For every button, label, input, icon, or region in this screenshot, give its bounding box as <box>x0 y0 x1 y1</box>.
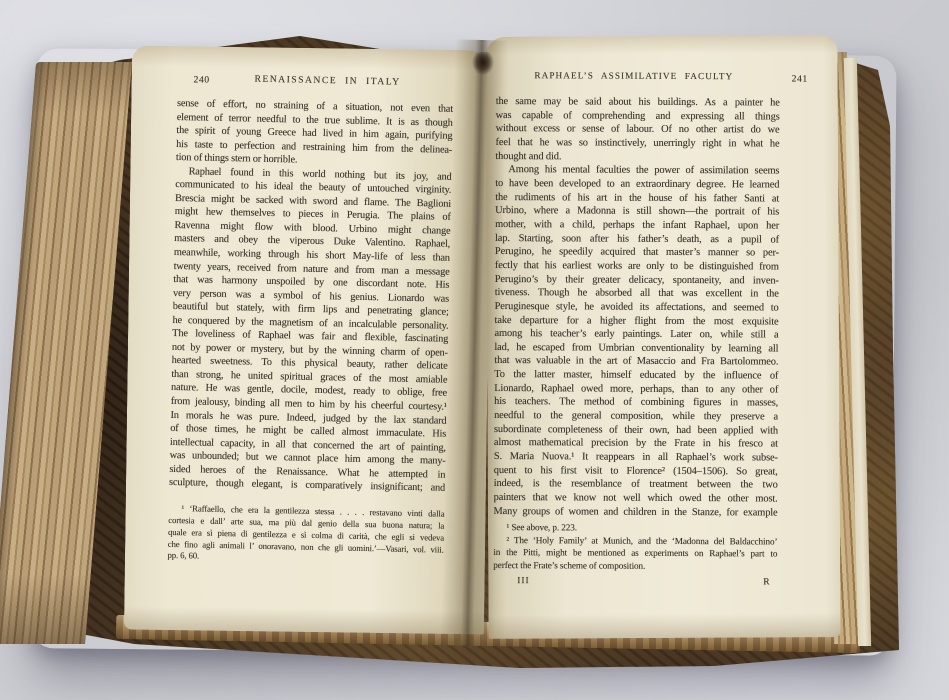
text-line: indeed, is the resemblance of treatment … <box>494 477 778 492</box>
text-line: Perugino’s by their greater delicacy, sp… <box>495 273 779 288</box>
text-line: Many groups of women and children in the… <box>494 505 778 520</box>
text-line: ¹ See above, p. 223. <box>493 521 777 535</box>
right-running-head: RAPHAEL’S ASSIMILATIVE FACULTY <box>492 70 776 81</box>
text-line: the rudiments of his art in the house of… <box>495 191 779 206</box>
text-line: Perugino, he speedily acquired that mast… <box>495 245 779 260</box>
text-line: the same may be said about his buildings… <box>496 95 780 110</box>
right-page-content: RAPHAEL’S ASSIMILATIVE FACULTY 241 the s… <box>493 48 780 591</box>
text-line: feel that he was so instinctively, unerr… <box>495 136 779 151</box>
text-line: Lionardo, Raphael owed more, perhaps, th… <box>494 382 778 397</box>
text-line: almost mathematical precision by the Fra… <box>494 436 778 451</box>
text-line: thought and did. <box>495 150 779 165</box>
footnote-2: ² The ‘Holy Family’ at Munich, and the ‘… <box>493 534 777 573</box>
paragraph: the same may be said about his buildings… <box>495 95 779 165</box>
text-line: to have been developed to an extraordina… <box>495 177 779 192</box>
gutter-top-notch <box>472 52 494 78</box>
text-line: lad, he escaped from Umbrian conventiona… <box>494 341 778 356</box>
paragraph: sense of effort, no straining of a situa… <box>176 97 453 170</box>
text-line: perfect the Frate’s scheme of compositio… <box>493 559 777 573</box>
footnote-1: ¹ See above, p. 223. <box>493 521 777 535</box>
paragraph: Raphael found in this world nothing but … <box>169 165 452 496</box>
text-line: Peruginesque style, he avoided its affec… <box>495 300 779 315</box>
right-page-number: 241 <box>792 74 808 85</box>
paragraph: Among his mental faculties the power of … <box>494 163 780 520</box>
text-line: subordinate completeness of their own, h… <box>494 423 778 438</box>
text-line: was capable of comprehending and express… <box>496 109 780 124</box>
signature-row: III R <box>493 576 777 591</box>
left-page-body: sense of effort, no straining of a situa… <box>169 97 453 496</box>
left-running-head: RENAISSANCE IN ITALY <box>189 72 465 89</box>
text-line: take departure for a higher flight from … <box>495 313 779 328</box>
text-line: his teachers. The method of combining fi… <box>494 395 778 410</box>
text-line: quent to his first visit to Florence² (1… <box>494 464 778 479</box>
text-line: in the Pitti, might be mentioned as expe… <box>493 546 777 560</box>
gathering-signature: R <box>763 577 769 587</box>
right-page-footnotes: ¹ See above, p. 223. ² The ‘Holy Family’… <box>493 521 777 572</box>
right-page-header: RAPHAEL’S ASSIMILATIVE FACULTY 241 <box>496 70 780 86</box>
book-photograph: 240 RENAISSANCE IN ITALY sense of effort… <box>0 0 949 700</box>
text-line: tiveness. Though he absorbed all that wa… <box>495 286 779 301</box>
text-line: S. Maria Nuova.¹ It reappears in all Rap… <box>494 450 778 465</box>
left-page-footnote: ¹ ‘Raffaello, che era la gentilezza stes… <box>167 503 444 568</box>
text-line: that was valuable in the art of Masaccio… <box>494 354 778 369</box>
volume-signature: III <box>517 576 529 586</box>
text-line: Among his mental faculties the power of … <box>495 163 779 178</box>
text-line: To the latter master, himself educated b… <box>494 368 778 383</box>
text-line: Urbino, where a Madonna is still shown—t… <box>495 204 779 219</box>
text-line: lap. Starting, soon after his father’s d… <box>495 232 779 247</box>
text-line: fectly that his earliest works are only … <box>495 259 779 274</box>
text-line: mother, with a child, perhaps the infant… <box>495 218 779 233</box>
left-page-header: 240 RENAISSANCE IN ITALY <box>177 72 453 93</box>
left-page-content: 240 RENAISSANCE IN ITALY sense of effort… <box>167 58 454 568</box>
text-line: needful to the general composition, whil… <box>494 409 778 424</box>
text-line: painters that we know not well which owe… <box>494 491 778 506</box>
text-line: without excess or sense of labour. Of no… <box>496 122 780 137</box>
right-page-body: the same may be said about his buildings… <box>494 95 780 520</box>
text-line: among his teacher’s early paintings. Lat… <box>494 327 778 342</box>
